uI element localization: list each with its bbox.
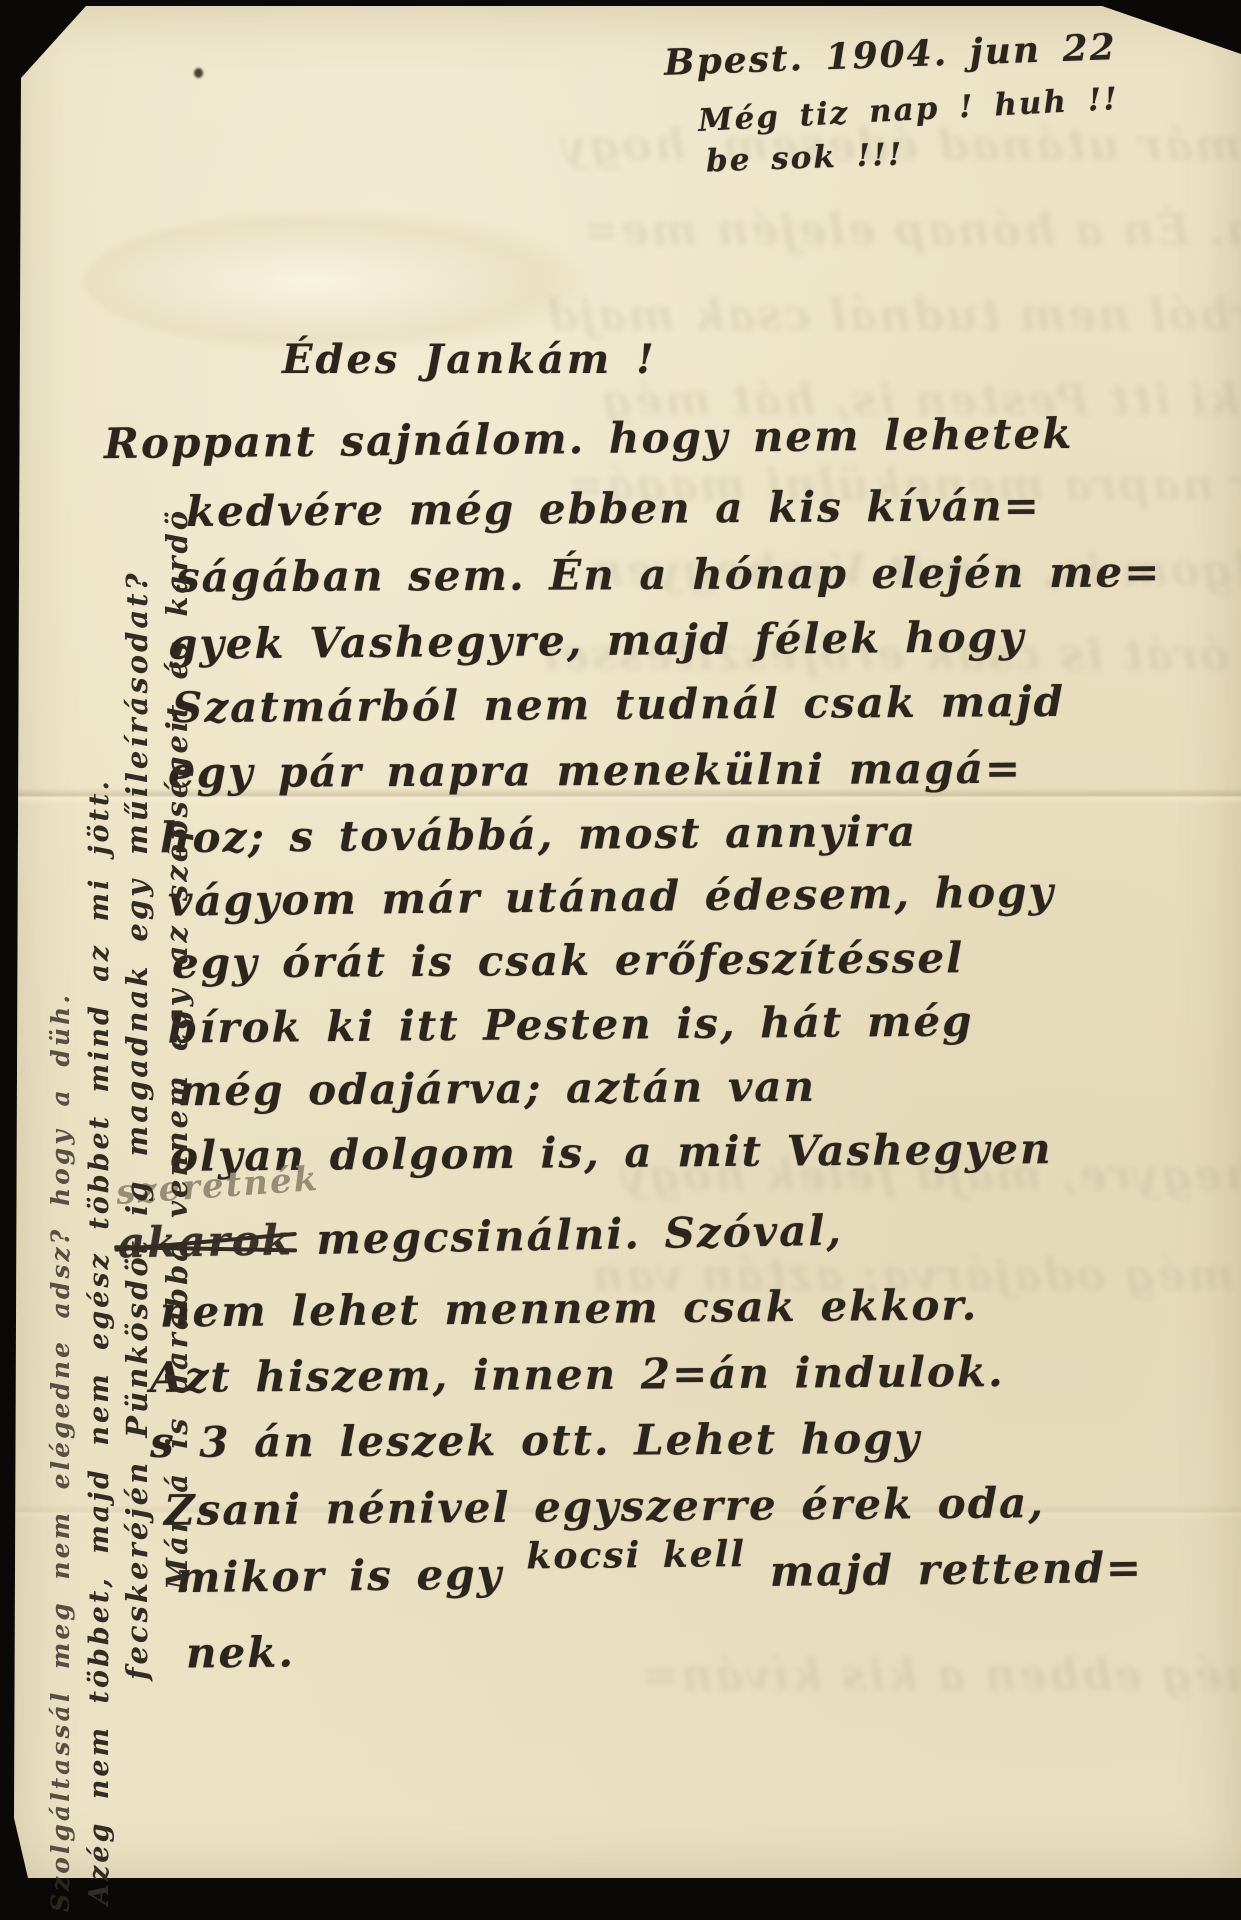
body-line: Azt hiszem, innen 2=án indulok. — [150, 1347, 1005, 1402]
raised-words: kocsi kell — [526, 1533, 746, 1577]
line-pre: mikor is egy — [176, 1550, 503, 1602]
header-note-2: be sok !!! — [705, 137, 904, 180]
line-post: majd rettend= — [770, 1543, 1144, 1596]
body-line: Szatmárból nem tudnál csak majd — [172, 677, 1065, 732]
margin-note: Már á is darabba vennem egy az szépségei… — [160, 510, 194, 1590]
body-line: egy órát is csak erőfeszítéssel — [172, 933, 964, 988]
body-line: s 3 án leszek ott. Lehet hogy — [150, 1414, 921, 1467]
paper-hole — [194, 68, 203, 78]
body-line: Roppant sajnálom. hogy nem lehetek — [104, 409, 1074, 468]
body-line-insert-above: mikor is egy kocsi kell majd rettend= — [176, 1543, 1144, 1602]
body-line: kedvére még ebben a kis kíván= — [186, 481, 1041, 536]
body-line: nem lehet mennem csak ekkor. — [160, 1280, 979, 1336]
bleedthrough-line: Szatmárból nem tudnál csak majd — [545, 290, 1241, 341]
margin-note: fecskeréjén Pünkösdöt ig magadnak egy mű… — [120, 460, 154, 1680]
body-line: vágyom már utánad édesem, hogy — [168, 867, 1055, 925]
body-line: Zsani nénivel egyszerre érek oda, — [164, 1478, 1045, 1535]
margin-note: Azég nem többet, majd nem egész többet m… — [84, 625, 115, 1905]
body-line: még odajárva; aztán van — [178, 1062, 816, 1115]
scanned-letter-page: vágyom már utánad édesem, hogy ságában s… — [0, 0, 1241, 1920]
bleedthrough-line: kedvére még ebben a kis kíván= — [640, 1650, 1241, 1701]
body-line: gyek Vashegyre, majd félek hogy — [168, 612, 1026, 668]
body-line: ságában sem. Én a hónap elején me= — [176, 547, 1162, 601]
line-rest: megcsinálni. Szóval, — [316, 1206, 843, 1264]
body-line: bírok ki itt Pesten is, hát még — [168, 996, 974, 1052]
body-line: nek. — [186, 1628, 295, 1678]
body-line: egy pár napra menekülni magá= — [168, 744, 1022, 797]
salutation: Édes Jankám ! — [282, 336, 657, 383]
body-line: hoz; s továbbá, most annyira — [160, 807, 918, 863]
paper-embossing — [84, 211, 584, 351]
bleedthrough-line: ságában sem. Én a hónap elején me= — [580, 205, 1241, 256]
margin-note: Szolgáltassál meg nem elégedne adsz? hog… — [46, 1112, 75, 1912]
